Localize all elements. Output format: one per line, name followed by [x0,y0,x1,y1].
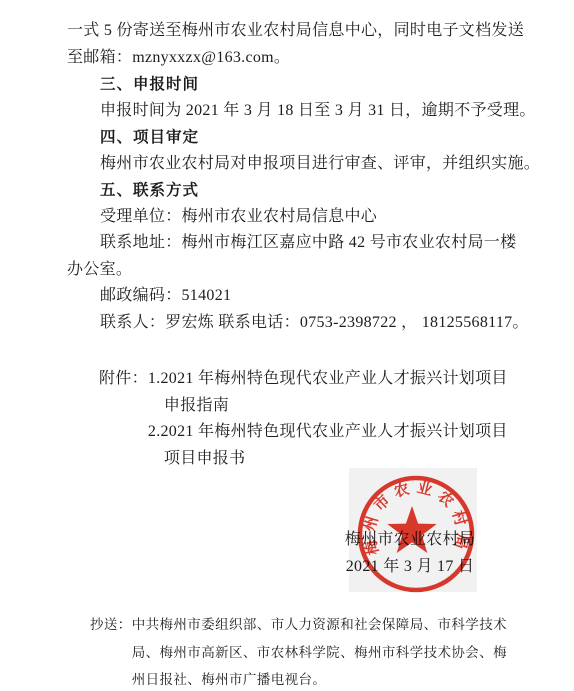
official-seal: 梅州市农业农村局 [341,458,491,608]
cc-line-1: 中共梅州市委组织部、市人力资源和社会保障局、市科学技术 [132,611,507,639]
section-heading-4: 四、项目审定 [67,124,547,151]
body-line-review: 梅州市农业农村局对申报项目进行审查、评审，并组织实施。 [67,151,547,178]
attachment-items: 1.2021 年梅州特色现代农业产业人才振兴计划项目 申报指南 2.2021 年… [148,366,508,472]
section-heading-3: 三、申报时间 [67,71,547,98]
attachment-label: 附件： [99,366,148,472]
document-page: 一式 5 份寄送至梅州市农业农村局信息中心，同时电子文档发送 至邮箱：mznyx… [0,0,574,691]
cc-line-2: 局、梅州市高新区、市农林科学院、梅州市科学技术协会、梅 [132,639,507,667]
cc-lines: 中共梅州市委组织部、市人力资源和社会保障局、市科学技术 局、梅州市高新区、市农林… [132,611,507,691]
section-heading-5: 五、联系方式 [67,177,547,204]
body-line-address: 联系地址：梅州市梅江区嘉应中路 42 号市农业农村局一楼 [67,230,547,257]
body-line-email: 至邮箱：mznyxxzx@163.com。 [67,45,547,72]
cc-label: 抄送： [90,611,132,691]
cc-block: 抄送： 中共梅州市委组织部、市人力资源和社会保障局、市科学技术 局、梅州市高新区… [90,611,507,691]
body-line-contact: 联系人：罗宏炼 联系电话：0753-2398722 ， 18125568117。 [67,310,547,337]
attachment-item-1: 1.2021 年梅州特色现代农业产业人才振兴计划项目 申报指南 [148,366,508,419]
body-line-deadline: 申报时间为 2021 年 3 月 18 日至 3 月 31 日，逾期不予受理。 [67,98,547,125]
attachment-item-1-line-1: 1.2021 年梅州特色现代农业产业人才振兴计划项目 [148,366,508,393]
body-line-accept-unit: 受理单位：梅州市农业农村局信息中心 [67,204,547,231]
attachment-item-1-line-2: 申报指南 [148,393,508,420]
body-line-address-cont: 办公室。 [67,257,547,284]
attachment-block: 附件： 1.2021 年梅州特色现代农业产业人才振兴计划项目 申报指南 2.20… [99,366,508,472]
body-line-continuation: 一式 5 份寄送至梅州市农业农村局信息中心，同时电子文档发送 [67,18,547,45]
attachment-item-2-line-1: 2.2021 年梅州特色现代农业产业人才振兴计划项目 [148,419,508,446]
body-line-postcode: 邮政编码：514021 [67,283,547,310]
document-body: 一式 5 份寄送至梅州市农业农村局信息中心，同时电子文档发送 至邮箱：mznyx… [67,18,547,336]
cc-line-3: 州日报社、梅州市广播电视台。 [132,666,507,691]
